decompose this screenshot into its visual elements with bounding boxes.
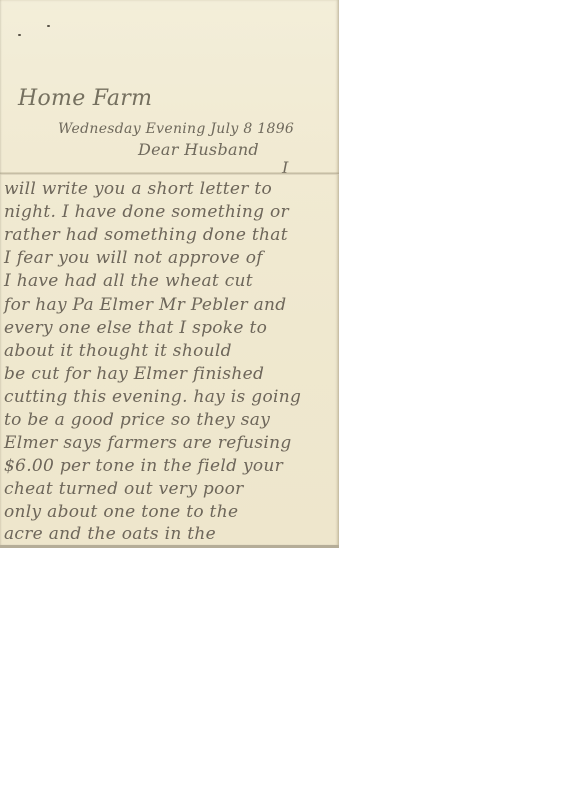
ink-speck [18,34,21,36]
letter-line: only about one tone to the [4,502,238,522]
letter-line: acre and the oats in the [4,524,216,544]
letter-line: will write you a short letter to [4,179,272,199]
letter-line: cheat turned out very poor [4,479,244,499]
letter-line: night. I have done something or [4,202,289,222]
letter-line: to be a good price so they say [4,410,270,430]
ink-speck [47,25,50,27]
letter-line: be cut for hay Elmer finished [4,364,264,384]
paper-fold-line [0,172,339,175]
letter-line: Elmer says farmers are refusing [4,433,292,453]
letter-line: every one else that I spoke to [4,318,267,338]
letter-page: Home Farm Wednesday Evening July 8 1896 … [0,0,339,548]
letter-line: I fear you will not approve of [4,248,263,268]
letter-line: about it thought it should [4,341,232,361]
letter-line: for hay Pa Elmer Mr Pebler and [4,295,286,315]
letter-dateline: Wednesday Evening July 8 1896 [58,121,294,137]
letter-line: cutting this evening. hay is going [4,387,301,407]
letter-line: $6.00 per tone in the field your [4,456,283,476]
paper-bottom-edge [0,545,339,548]
letter-line: rather had something done that [4,225,288,245]
letter-salutation: Dear Husband [138,140,259,159]
letter-line: I have had all the wheat cut [4,271,253,291]
letter-heading: Home Farm [18,86,152,111]
